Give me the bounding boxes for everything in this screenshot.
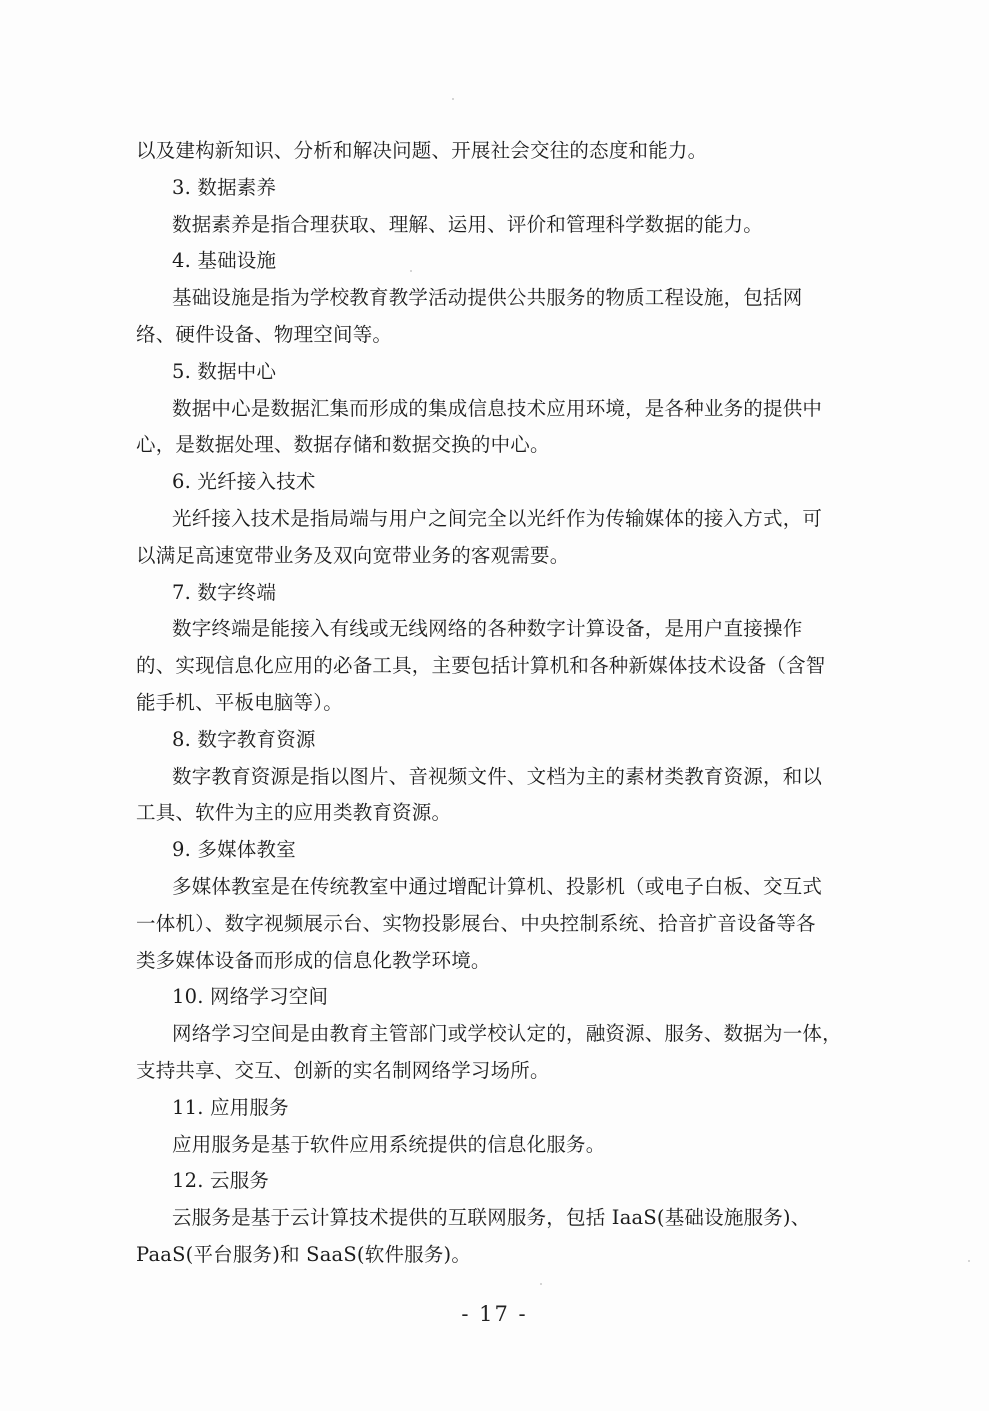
paragraph-line: 数字教育资源是指以图片、音视频文件、文档为主的素材类教育资源，和以 bbox=[136, 759, 836, 796]
section-heading: 7. 数字终端 bbox=[136, 575, 836, 612]
section-heading: 9. 多媒体教室 bbox=[136, 832, 836, 869]
section-heading: 11. 应用服务 bbox=[136, 1090, 836, 1127]
scan-speck bbox=[540, 1283, 542, 1285]
paragraph-line: 网络学习空间是由教育主管部门或学校认定的，融资源、服务、数据为一体， bbox=[136, 1016, 836, 1053]
paragraph-line: 光纤接入技术是指局端与用户之间完全以光纤作为传输媒体的接入方式，可 bbox=[136, 501, 836, 538]
paragraph-line: 数字终端是能接入有线或无线网络的各种数字计算设备，是用户直接操作 bbox=[136, 611, 836, 648]
section-heading: 3. 数据素养 bbox=[136, 170, 836, 207]
paragraph-line: PaaS(平台服务)和 SaaS(软件服务)。 bbox=[136, 1237, 836, 1274]
section-heading: 6. 光纤接入技术 bbox=[136, 464, 836, 501]
paragraph-line: 的、实现信息化应用的必备工具，主要包括计算机和各种新媒体技术设备（含智 bbox=[136, 648, 836, 685]
paragraph-line: 以及建构新知识、分析和解决问题、开展社会交往的态度和能力。 bbox=[136, 133, 836, 170]
page-number: - 17 - bbox=[0, 1302, 989, 1326]
paragraph-line: 工具、软件为主的应用类教育资源。 bbox=[136, 795, 836, 832]
paragraph-line: 能手机、平板电脑等）。 bbox=[136, 685, 836, 722]
paragraph-line: 应用服务是基于软件应用系统提供的信息化服务。 bbox=[136, 1127, 836, 1164]
scan-speck bbox=[452, 98, 454, 100]
document-page: 以及建构新知识、分析和解决问题、开展社会交往的态度和能力。 3. 数据素养 数据… bbox=[0, 0, 989, 1411]
section-heading: 4. 基础设施 bbox=[136, 243, 836, 280]
paragraph-line: 以满足高速宽带业务及双向宽带业务的客观需要。 bbox=[136, 538, 836, 575]
paragraph-line: 数据素养是指合理获取、理解、运用、评价和管理科学数据的能力。 bbox=[136, 207, 836, 244]
paragraph-line: 心，是数据处理、数据存储和数据交换的中心。 bbox=[136, 427, 836, 464]
paragraph-line: 多媒体教室是在传统教室中通过增配计算机、投影机（或电子白板、交互式 bbox=[136, 869, 836, 906]
paragraph-line: 类多媒体设备而形成的信息化教学环境。 bbox=[136, 943, 836, 980]
section-heading: 10. 网络学习空间 bbox=[136, 979, 836, 1016]
section-heading: 8. 数字教育资源 bbox=[136, 722, 836, 759]
paragraph-line: 云服务是基于云计算技术提供的互联网服务，包括 IaaS(基础设施服务)、 bbox=[136, 1200, 836, 1237]
scan-speck bbox=[968, 1260, 970, 1262]
paragraph-line: 数据中心是数据汇集而形成的集成信息技术应用环境，是各种业务的提供中 bbox=[136, 391, 836, 428]
paragraph-line: 基础设施是指为学校教育教学活动提供公共服务的物质工程设施，包括网 bbox=[136, 280, 836, 317]
paragraph-line: 支持共享、交互、创新的实名制网络学习场所。 bbox=[136, 1053, 836, 1090]
section-heading: 5. 数据中心 bbox=[136, 354, 836, 391]
paragraph-line: 络、硬件设备、物理空间等。 bbox=[136, 317, 836, 354]
paragraph-line: 一体机）、数字视频展示台、实物投影展台、中央控制系统、拾音扩音设备等各 bbox=[136, 906, 836, 943]
document-body: 以及建构新知识、分析和解决问题、开展社会交往的态度和能力。 3. 数据素养 数据… bbox=[136, 133, 836, 1274]
section-heading: 12. 云服务 bbox=[136, 1163, 836, 1200]
